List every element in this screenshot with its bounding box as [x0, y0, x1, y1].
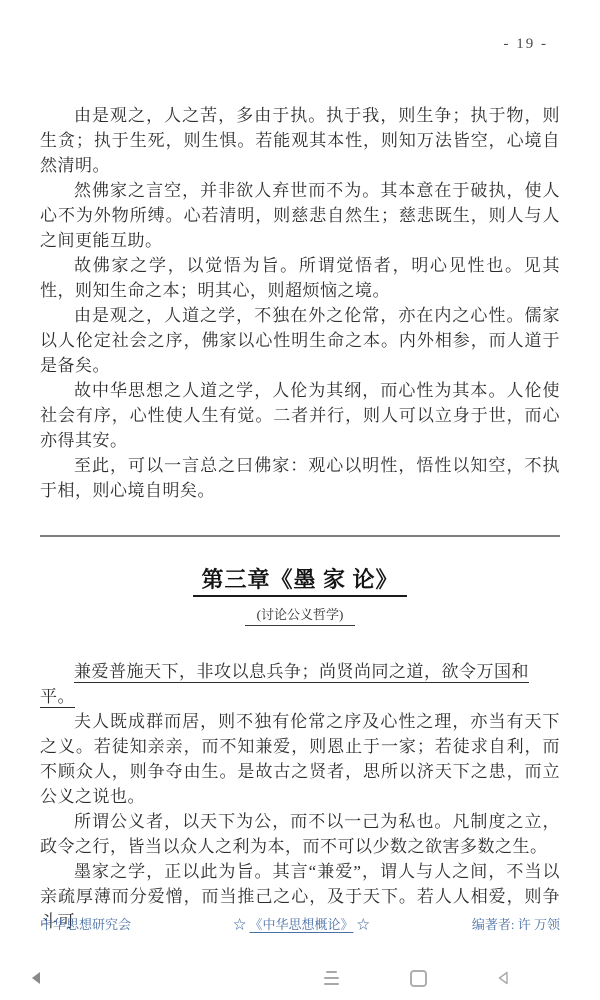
- back-icon[interactable]: [496, 970, 512, 986]
- section-divider: [40, 535, 560, 537]
- paragraph: 所谓公义者，以天下为公，而不以一己为私也。凡制度之立，政令之行，皆当以众人之利为…: [40, 809, 560, 859]
- home-icon[interactable]: [410, 970, 427, 987]
- paragraph: 故中华思想之人道之学，人伦为其纲，而心性为其本。人伦使社会有序，心性使人生有觉。…: [40, 378, 560, 453]
- chapter-epigraph: 兼爱普施天下，非攻以息兵争；尚贤尚同之道，欲令万国和平。: [40, 659, 560, 709]
- collapse-handle-icon[interactable]: [32, 972, 40, 984]
- paragraph: 由是观之，人道之学，不独在外之伦常，亦在内之心性。儒家以人伦定社会之序，佛家以心…: [40, 303, 560, 378]
- star-icon: ☆: [233, 917, 246, 932]
- document-body: 由是观之，人之苦，多由于执。执于我，则生争；执于物，则生贪；执于生死，则生惧。若…: [40, 103, 560, 934]
- star-icon: ☆: [357, 917, 370, 932]
- chapter-subtitle: (讨论公义哲学): [40, 604, 560, 623]
- page-footer: 中华思想研究会 ☆ 《中华思想概论》 ☆ 编著者: 许 万领: [0, 914, 600, 933]
- paragraph: 由是观之，人之苦，多由于执。执于我，则生争；执于物，则生贪；执于生死，则生惧。若…: [40, 103, 560, 178]
- page-number: - 19 -: [0, 0, 600, 53]
- paragraph: 故佛家之学，以觉悟为旨。所谓觉悟者，明心见性也。见其性，则知生命之本；明其心，则…: [40, 253, 560, 303]
- footer-organization: 中华思想研究会: [40, 914, 131, 933]
- chapter-title: 第三章《墨 家 论》: [40, 563, 560, 594]
- paragraph: 至此，可以一言总之曰佛家：观心以明性，悟性以知空，不执于相，则心境自明矣。: [40, 453, 560, 503]
- footer-book-title: ☆ 《中华思想概论》 ☆: [233, 914, 370, 933]
- system-navbar: [0, 962, 600, 1000]
- paragraph: 夫人既成群而居，则不独有伦常之序及心性之理，亦当有天下之义。若徒知亲亲，而不知兼…: [40, 709, 560, 809]
- menu-icon[interactable]: [324, 971, 339, 985]
- footer-book-title-link[interactable]: 《中华思想概论》: [249, 917, 353, 932]
- paragraph: 然佛家之言空，并非欲人弃世而不为。其本意在于破执，使人心不为外物所缚。心若清明，…: [40, 178, 560, 253]
- footer-author: 编著者: 许 万领: [472, 914, 560, 933]
